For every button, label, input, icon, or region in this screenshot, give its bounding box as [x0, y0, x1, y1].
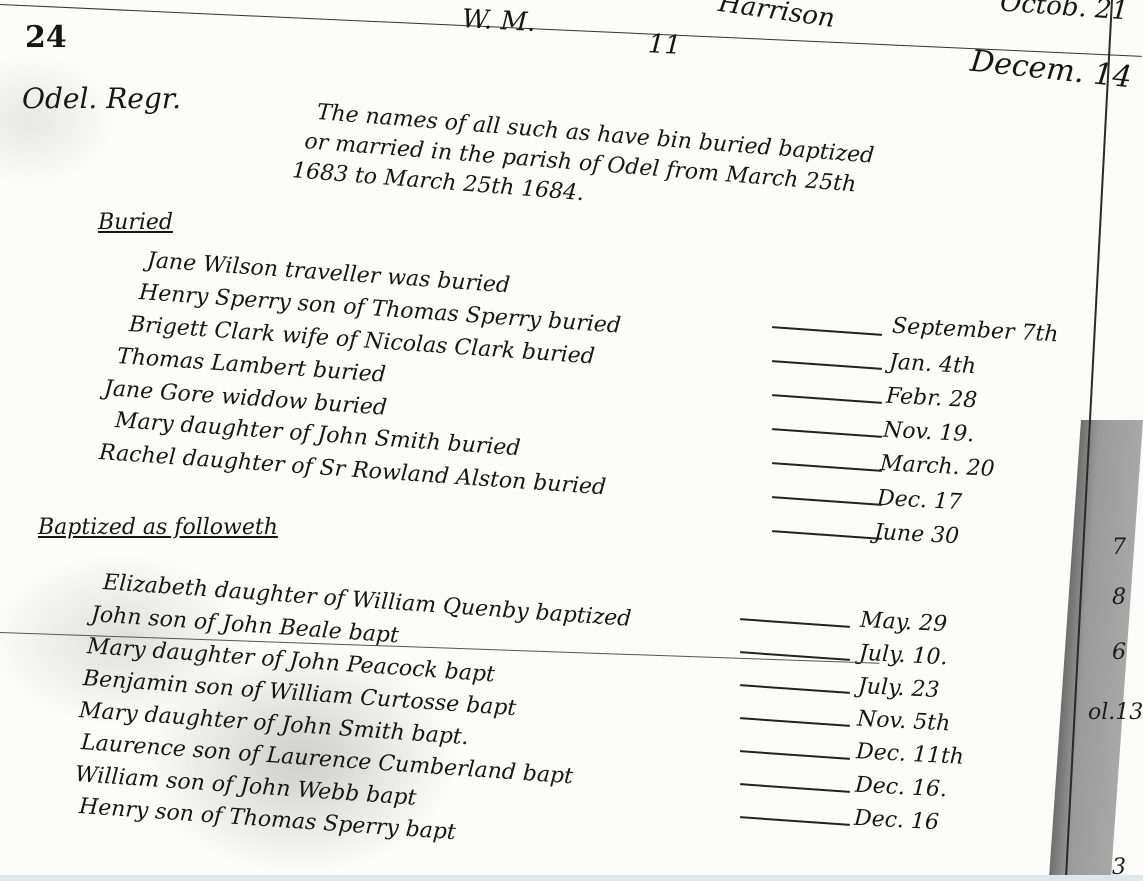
prev-number: 11 [647, 29, 682, 61]
margin-note: ol.13 [1088, 700, 1143, 725]
entry-date: March. 20 [879, 451, 995, 482]
register-page: W. M. 11 Harrison Octob. 21 Decem. 14 24… [0, 0, 1143, 881]
entry-date: Dec. 16. [854, 773, 947, 803]
viewer-bottom-edge [0, 875, 1143, 881]
entry-date: Jan. 4th [888, 350, 976, 380]
entry-date: Dec. 11th [855, 739, 964, 770]
adjoining-page-margin [1049, 420, 1143, 881]
register-label: Odel. Regr. [22, 82, 181, 115]
date-leader-rule [772, 326, 882, 336]
entry-date: July. 23 [857, 674, 940, 703]
margin-note: 6 [1112, 640, 1126, 665]
date-leader-rule [740, 618, 850, 628]
date-leader-rule [740, 750, 850, 760]
entry-date: Dec. 16 [853, 806, 939, 835]
date-leader-rule [772, 462, 882, 472]
date-leader-rule [772, 394, 882, 404]
section-label-buried: Buried [98, 210, 173, 235]
entry-date: July. 10. [858, 641, 948, 671]
date-leader-rule [772, 360, 882, 370]
section-label-baptized: Baptized as followeth [38, 515, 278, 540]
entry-date: Nov. 19. [882, 418, 974, 448]
date-leader-rule [772, 496, 882, 506]
date-leader-rule [772, 530, 882, 540]
entry-date: Nov. 5th [856, 707, 950, 737]
date-leader-rule [740, 816, 850, 826]
date-leader-rule [740, 684, 850, 694]
date-leader-rule [740, 783, 850, 793]
entry-date: Dec. 17 [876, 486, 962, 515]
page-number: 24 [25, 20, 67, 55]
prev-initials: W. M. [461, 4, 536, 38]
entry-date: June 30 [873, 520, 959, 549]
page-heading: The names of all such as have bin buried… [311, 98, 875, 232]
date-leader-rule [772, 428, 882, 438]
date-leader-rule [740, 717, 850, 727]
entry-date: Febr. 28 [885, 384, 977, 414]
margin-note: 7 [1112, 535, 1126, 560]
ruled-line [0, 4, 1142, 57]
margin-note: 8 [1112, 585, 1126, 610]
entry-date: May. 29 [859, 608, 947, 638]
entry-date: September 7th [891, 314, 1059, 348]
prev-name-fragment: Harrison [716, 0, 836, 34]
